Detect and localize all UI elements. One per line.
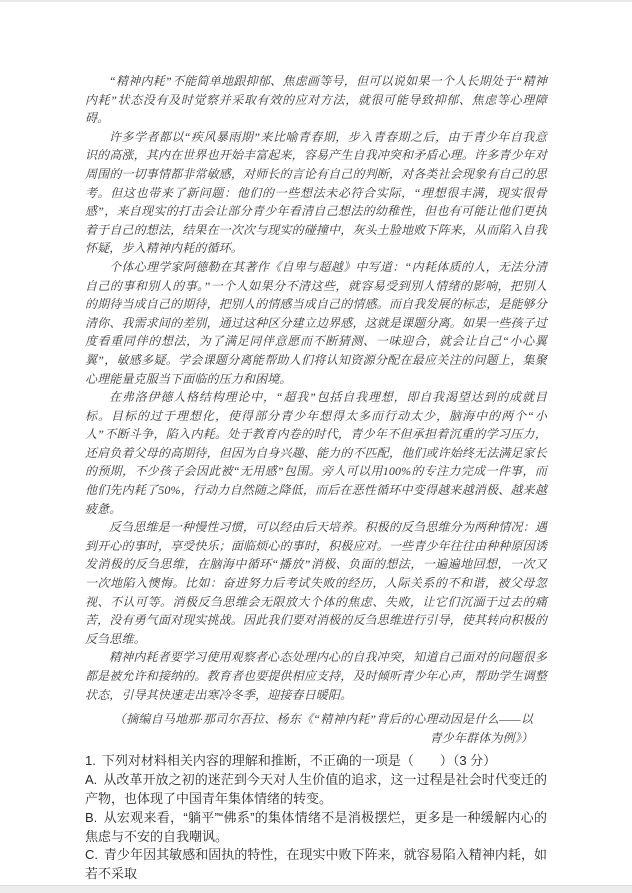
question-1-option-a: A.从改革开放之初的迷茫到今天对人生价值的追求，这一过程是社会时代变迁的产物，也… (85, 771, 547, 809)
passage-paragraph-5: 反刍思维是一种慢性习惯，可以经由后天培养。积极的反刍思维分为两种情况：遇到开心的… (85, 518, 547, 648)
question-1: 1.下列对材料相关内容的理解和推断，不正确的一项是（ ）（3 分） (85, 752, 547, 771)
option-a-label: A. (85, 772, 97, 787)
question-1-number: 1. (85, 753, 96, 768)
question-1-text: 下列对材料相关内容的理解和推断，不正确的一项是（ ）（3 分） (102, 753, 496, 768)
question-1-option-c: C.青少年因其敏感和固执的特性，在现实中败下阵来，就容易陷入精神内耗，如若不采取 (85, 846, 547, 884)
option-c-text: 青少年因其敏感和固执的特性，在现实中败下阵来，就容易陷入精神内耗，如若不采取 (85, 847, 547, 881)
option-a-text: 从改革开放之初的迷茫到今天对人生价值的追求，这一过程是社会时代变迁的产物，也体现… (85, 772, 547, 806)
question-1-option-b: B.从宏观来看，“躺平”“佛系”的集体情绪不是消极摆烂，更多是一种缓解内心的焦虑… (85, 809, 547, 847)
passage-paragraph-4: 在弗洛伊德人格结构理论中，“超我”包括自我理想，即自我渴望达到的成就目标。目标的… (85, 388, 547, 518)
passage-paragraph-2: 许多学者都以“疾风暴雨期”来比喻青春期，步入青春期之后，由于青少年自我意识的高涨… (85, 128, 547, 258)
page-bottom-edge (0, 885, 632, 893)
passage-paragraph-1: “精神内耗”不能简单地跟抑郁、焦虑画等号，但可以说如果一个人长期处于“精神内耗”… (85, 72, 547, 128)
option-b-label: B. (85, 810, 97, 825)
passage-paragraph-6: 精神内耗者要学习使用观察者心态处理内心的自我冲突，知道自己面对的问题很多都是被允… (85, 648, 547, 704)
reading-passage: “精神内耗”不能简单地跟抑郁、焦虑画等号，但可以说如果一个人长期处于“精神内耗”… (85, 0, 547, 884)
source-citation: （摘编自马地那·那司尔吾拉、杨东《“精神内耗”背后的心理动因是什么——以青少年群… (85, 710, 547, 747)
document-page: “精神内耗”不能简单地跟抑郁、焦虑画等号，但可以说如果一个人长期处于“精神内耗”… (0, 0, 632, 893)
option-c-label: C. (85, 847, 98, 862)
passage-paragraph-3: 个体心理学家阿德勒在其著作《自卑与超越》中写道：“内耗体质的人，无法分清自己的事… (85, 258, 547, 388)
option-b-text: 从宏观来看，“躺平”“佛系”的集体情绪不是消极摆烂，更多是一种缓解内心的焦虑与不… (85, 810, 547, 844)
